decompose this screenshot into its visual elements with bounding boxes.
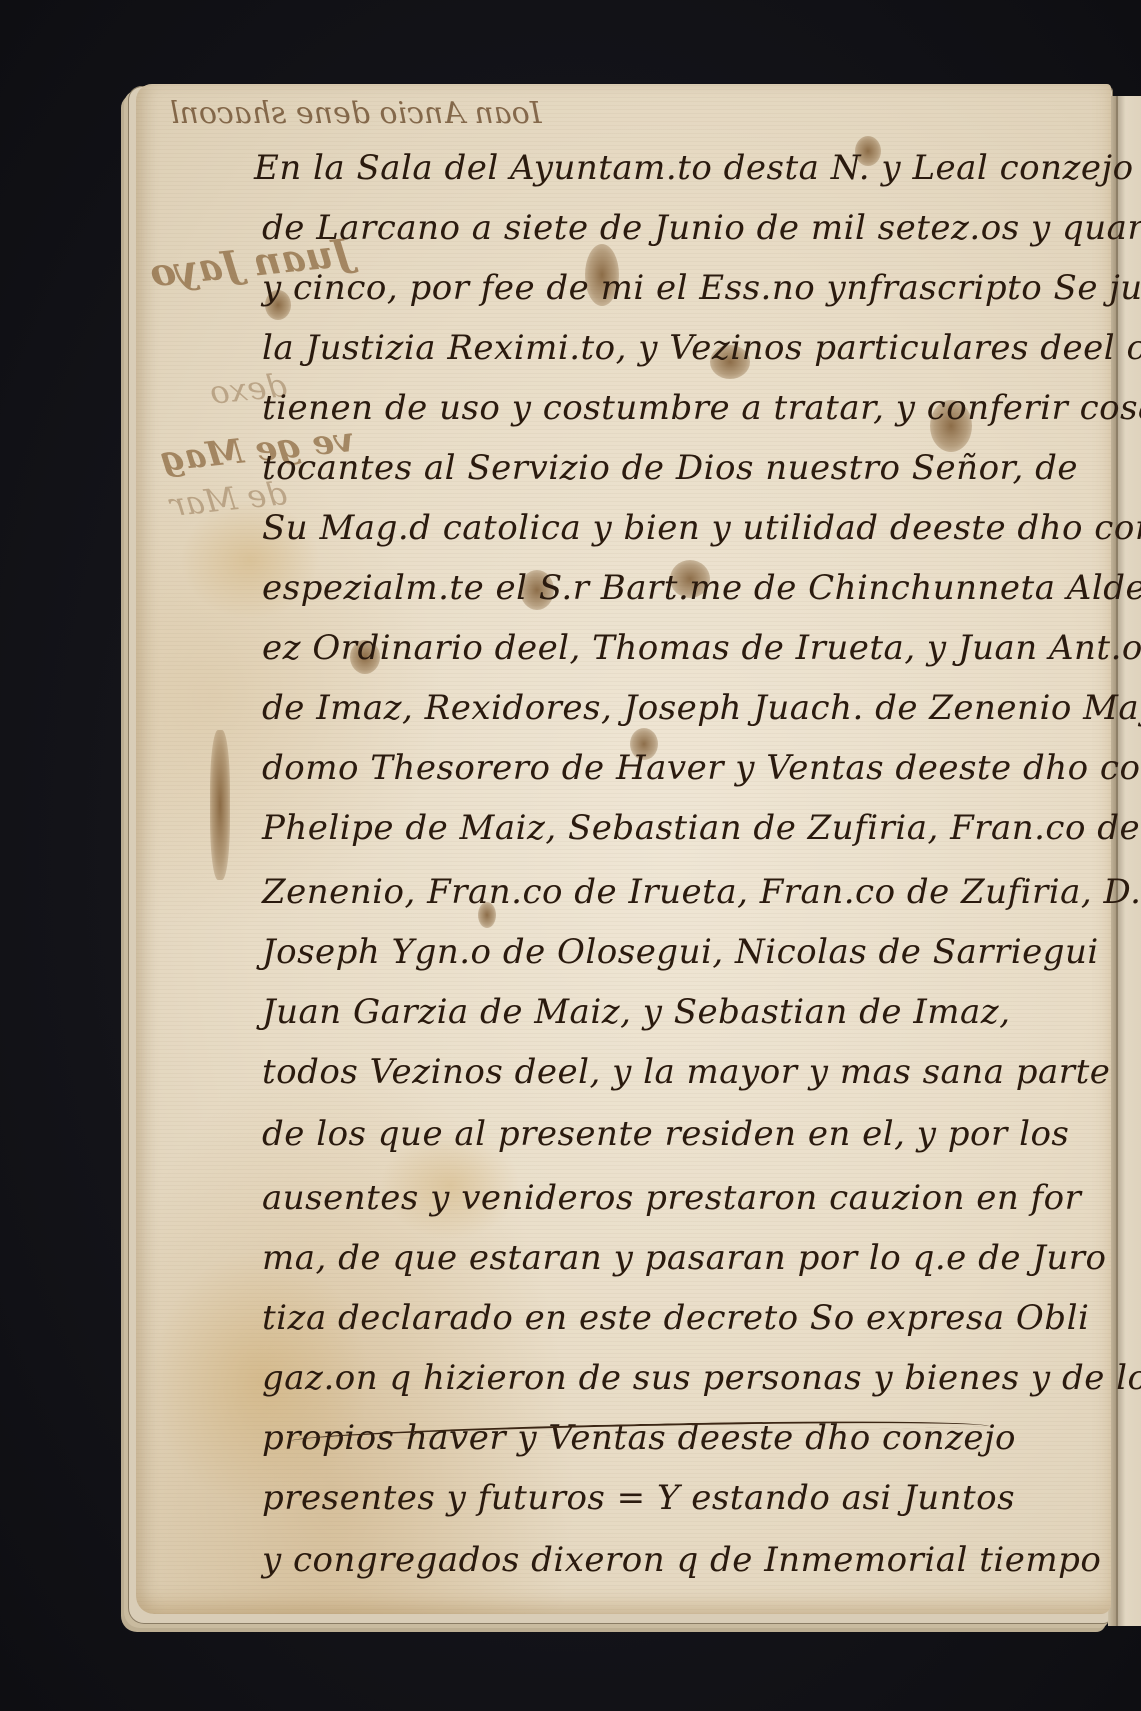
text-line: la Justizia Reximi.to, y Vezinos particu… — [262, 328, 1141, 368]
text-line: Juan Garzia de Maiz, y Sebastian de Imaz… — [262, 992, 1011, 1032]
text-line: y congregados dixeron q de Inmemorial ti… — [262, 1540, 1101, 1580]
text-line: Su Mag.d catolica y bien y utilidad dees… — [262, 508, 1141, 548]
text-line: ausentes y venideros prestaron cauzion e… — [262, 1178, 1081, 1218]
text-line: tienen de uso y costumbre a tratar, y co… — [262, 388, 1141, 428]
text-line: En la Sala del Ayuntam.to desta N. y Lea… — [254, 148, 1134, 188]
bleed-through-heading: Ioan Ancio dene shaconl — [170, 96, 542, 131]
text-line: de Larcano a siete de Junio de mil setez… — [262, 208, 1141, 248]
text-line: presentes y futuros = Y estando asi Junt… — [262, 1478, 1015, 1518]
text-line: ma, de que estaran y pasaran por lo q.e … — [262, 1238, 1107, 1278]
text-line: ez Ordinario deel, Thomas de Irueta, y J… — [262, 628, 1141, 668]
text-line: Joseph Ygn.o de Olosegui, Nicolas de Sar… — [262, 932, 1099, 972]
text-line: tocantes al Servizio de Dios nuestro Señ… — [262, 448, 1078, 488]
text-line: Phelipe de Maiz, Sebastian de Zufiria, F… — [262, 808, 1140, 848]
text-line: de los que al presente residen en el, y … — [262, 1114, 1069, 1154]
text-line: gaz.on q hizieron de sus personas y bien… — [262, 1358, 1141, 1398]
text-line: espezialm.te el S.r Bart.me de Chinchunn… — [262, 568, 1141, 608]
text-line: y cinco, por fee de mi el Ess.no ynfrasc… — [262, 268, 1141, 308]
text-line: Zenenio, Fran.co de Irueta, Fran.co de Z… — [262, 872, 1141, 912]
text-line: todos Vezinos deel, y la mayor y mas san… — [262, 1052, 1110, 1092]
text-line: domo Thesorero de Haver y Ventas deeste … — [262, 748, 1141, 788]
text-line: de Imaz, Rexidores, Joseph Juach. de Zen… — [262, 688, 1141, 728]
text-line: tiza declarado en este decreto So expres… — [262, 1298, 1089, 1338]
